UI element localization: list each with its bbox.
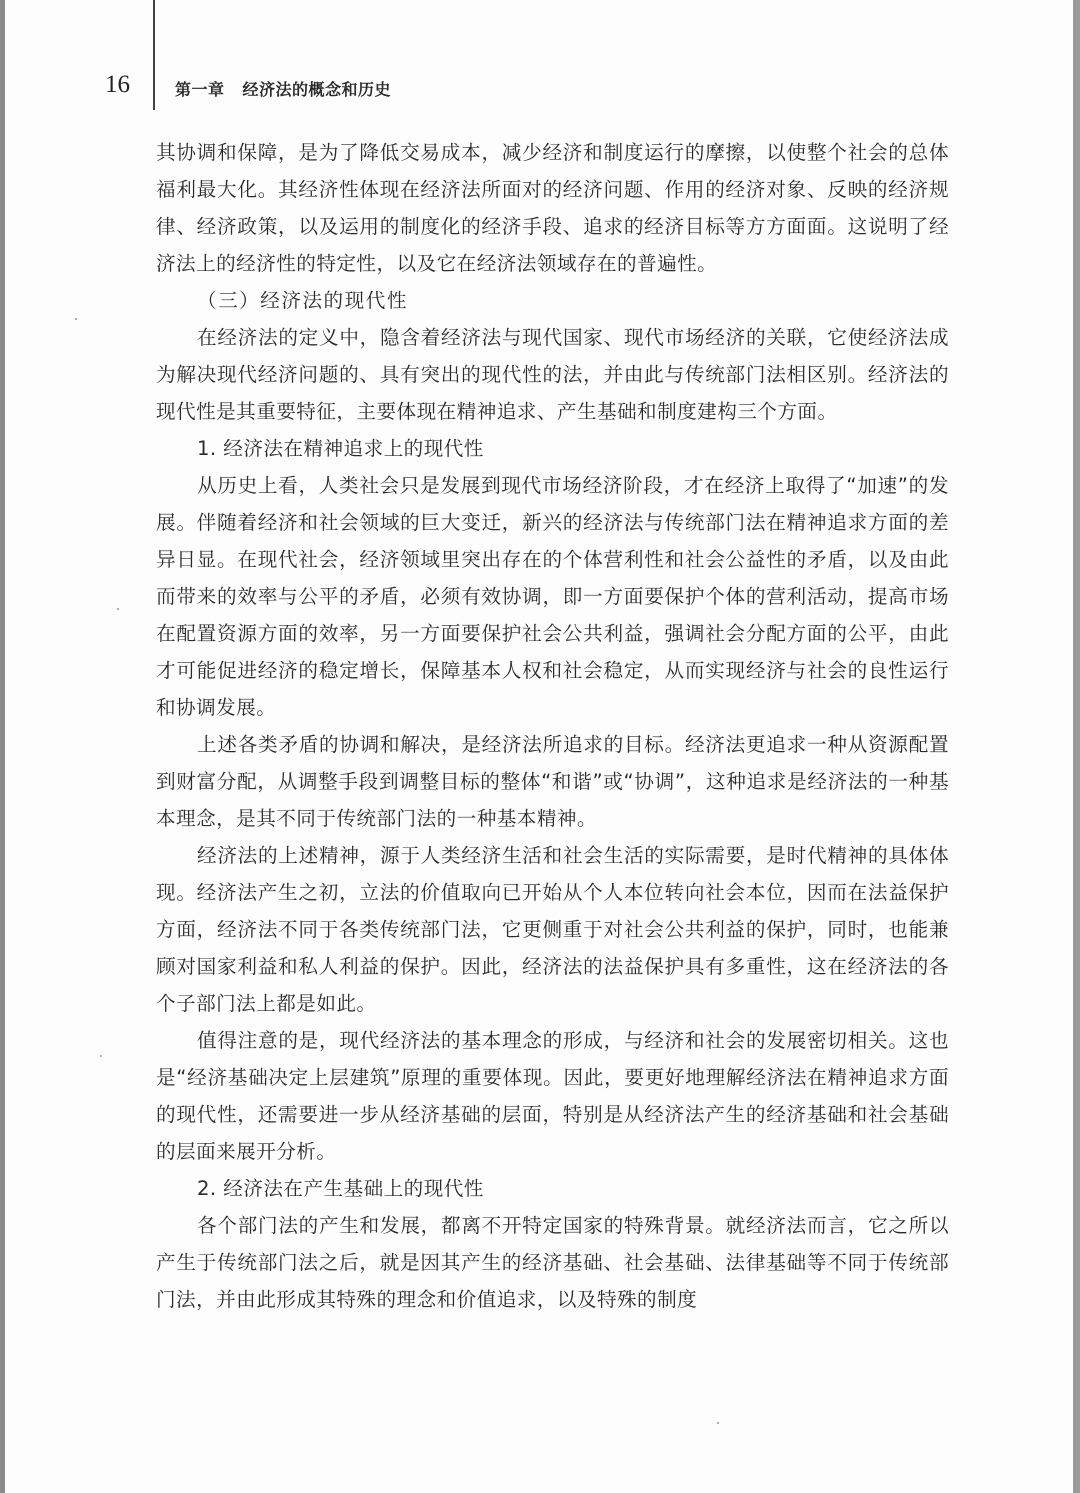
paragraph: 从历史上看，人类社会只是发展到现代市场经济阶段，才在经济上取得了“加速”的发展。… xyxy=(156,467,949,726)
document-page: 16 第一章经济法的概念和历史 其协调和保障，是为了降低交易成本，减少经济和制度… xyxy=(5,0,1073,1493)
paragraph: 值得注意的是，现代经济法的基本理念的形成，与经济和社会的发展密切相关。这也是“经… xyxy=(156,1022,949,1170)
scan-speck xyxy=(100,1055,102,1057)
page-number: 16 xyxy=(105,71,130,99)
paragraph: 在经济法的定义中，隐含着经济法与现代国家、现代市场经济的关联，它使经济法成为解决… xyxy=(156,319,949,430)
section-heading: （三）经济法的现代性 xyxy=(156,282,949,319)
page-edge-right xyxy=(1073,0,1080,1493)
header-vertical-rule xyxy=(153,0,155,110)
scan-speck xyxy=(117,608,119,610)
chapter-label: 第一章 xyxy=(175,80,225,99)
scan-speck xyxy=(75,318,77,320)
scan-speck xyxy=(717,1422,719,1424)
chapter-title: 经济法的概念和历史 xyxy=(243,80,392,99)
numbered-heading: 1. 经济法在精神追求上的现代性 xyxy=(156,430,949,467)
paragraph: 上述各类矛盾的协调和解决，是经济法所追求的目标。经济法更追求一种从资源配置到财富… xyxy=(156,726,949,837)
paragraph-continuation: 其协调和保障，是为了降低交易成本，减少经济和制度运行的摩擦，以使整个社会的总体福… xyxy=(156,134,949,282)
running-head: 第一章经济法的概念和历史 xyxy=(175,77,391,100)
paragraph: 各个部门法的产生和发展，都离不开特定国家的特殊背景。就经济法而言，它之所以产生于… xyxy=(156,1207,949,1318)
paragraph: 经济法的上述精神，源于人类经济生活和社会生活的实际需要，是时代精神的具体体现。经… xyxy=(156,837,949,1022)
numbered-heading: 2. 经济法在产生基础上的现代性 xyxy=(156,1170,949,1207)
body-text: 其协调和保障，是为了降低交易成本，减少经济和制度运行的摩擦，以使整个社会的总体福… xyxy=(156,134,949,1318)
